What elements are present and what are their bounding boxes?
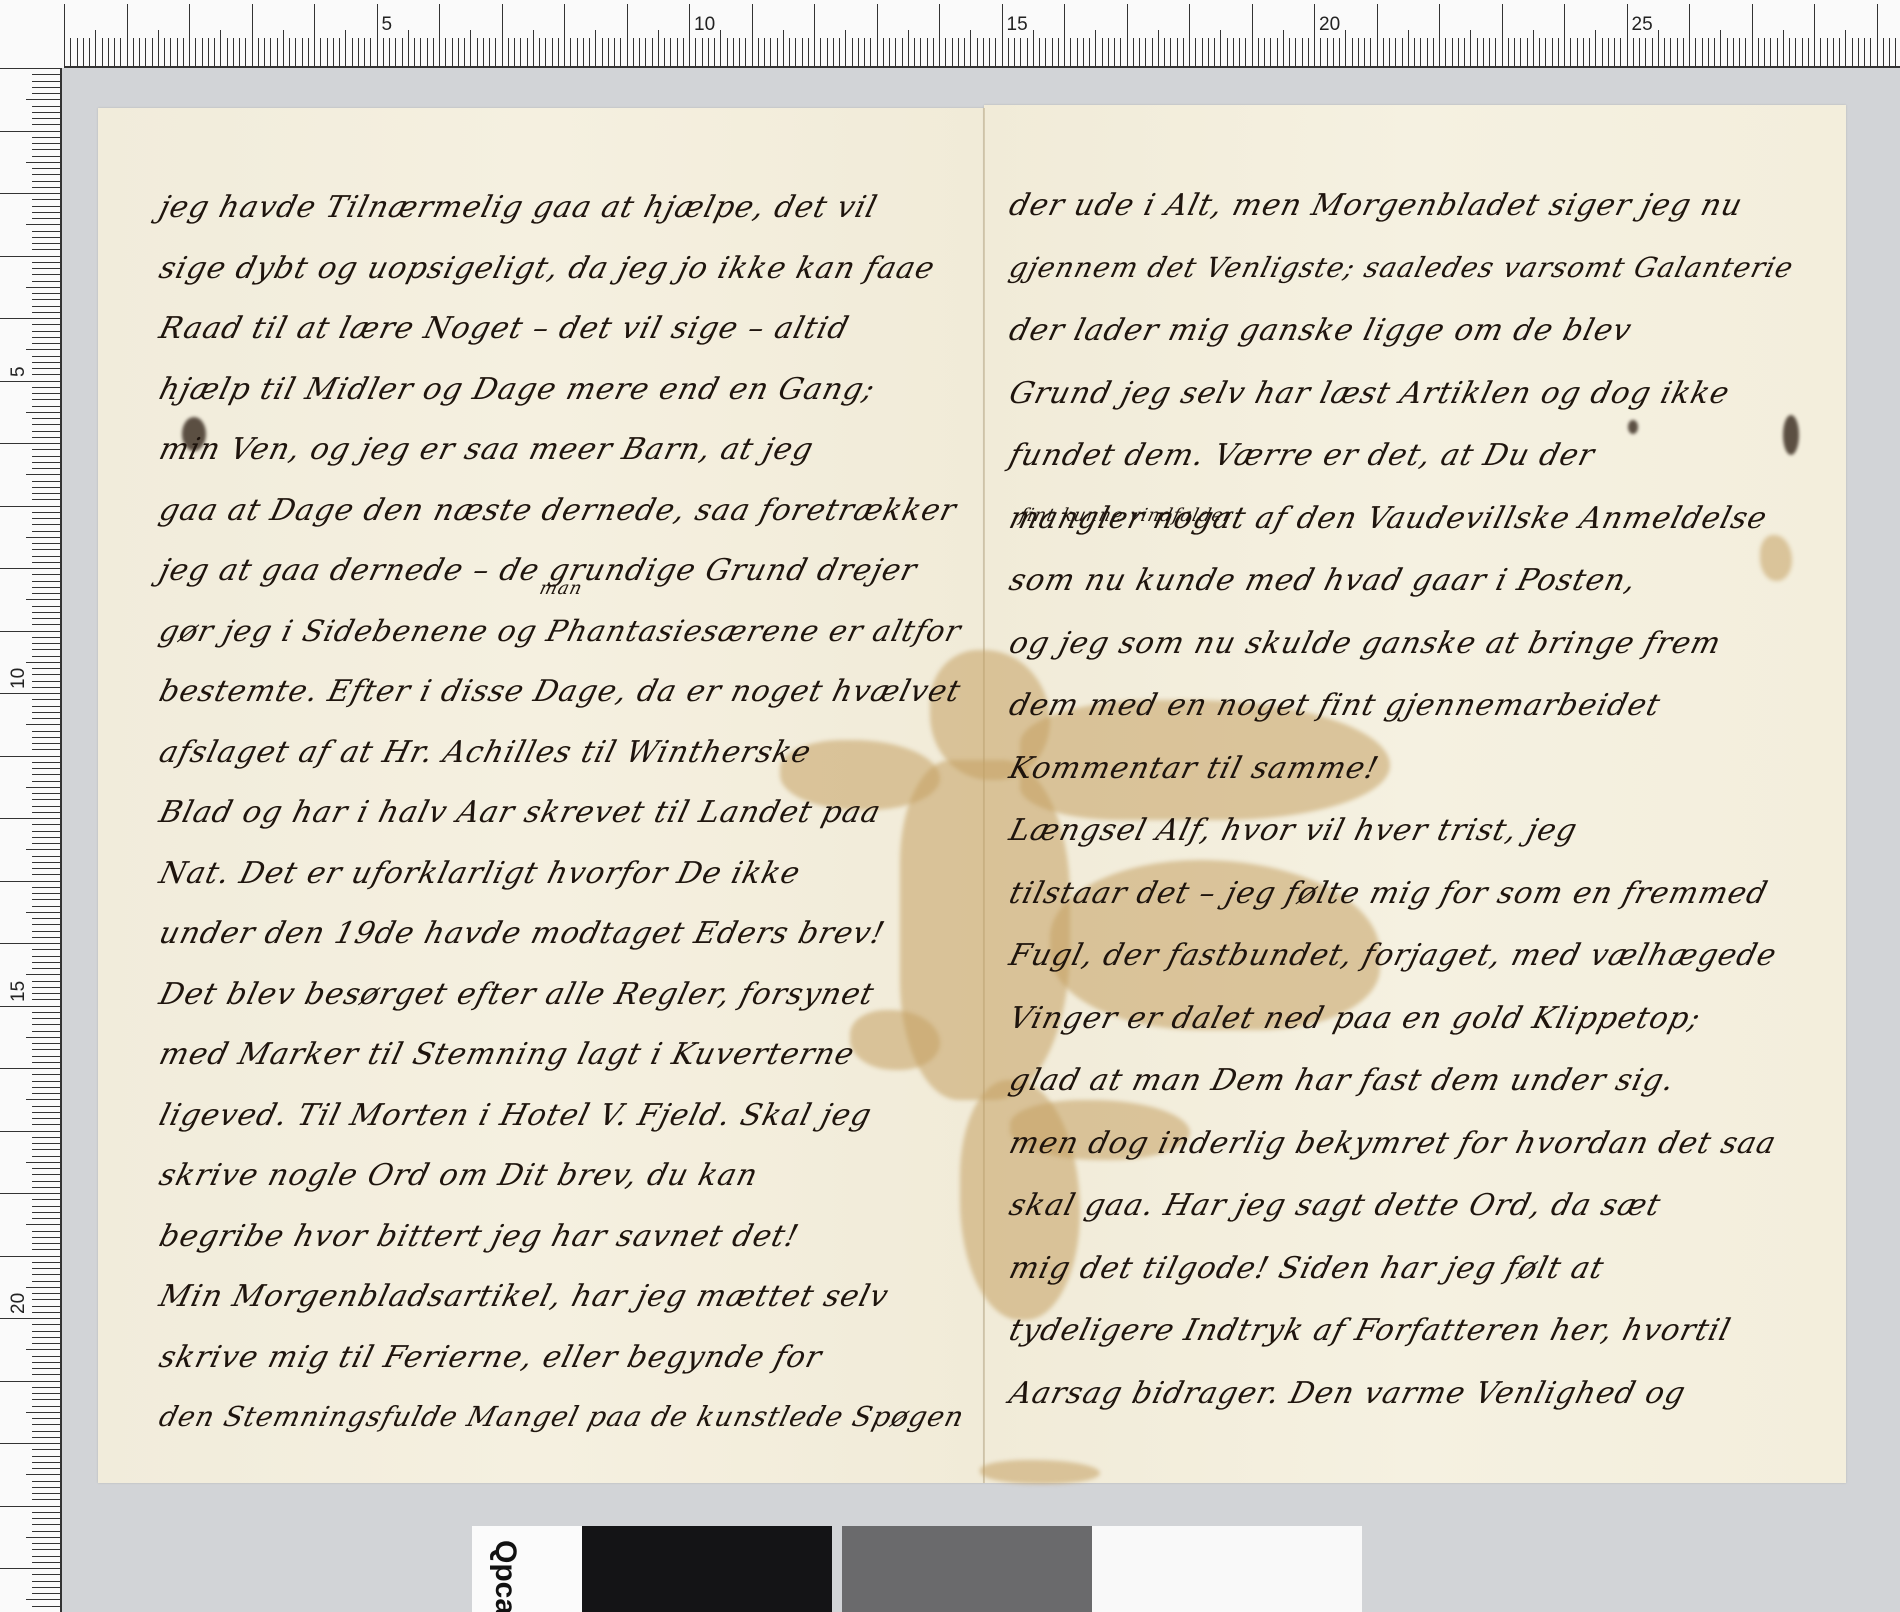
- ruler-tick: [1333, 38, 1334, 66]
- ruler-tick: [0, 193, 62, 194]
- ruler-tick: [927, 38, 928, 66]
- ruler-tick: [1689, 4, 1690, 66]
- ruler-tick: [508, 38, 509, 66]
- ruler-tick: [32, 1456, 62, 1457]
- ruler-tick: [602, 38, 603, 66]
- ruler-label: 25: [1632, 14, 1653, 36]
- ruler-tick: [32, 1556, 62, 1557]
- ruler-tick: [1858, 38, 1859, 66]
- ruler-tick: [32, 1562, 62, 1563]
- ruler-tick: [1783, 30, 1784, 66]
- ruler-tick: [795, 38, 796, 66]
- ruler-tick: [32, 1512, 62, 1513]
- ruler-tick: [1127, 4, 1128, 66]
- ruler-tick: [32, 999, 62, 1000]
- ruler-tick: [539, 38, 540, 66]
- ruler-tick: [1708, 38, 1709, 66]
- ruler-tick: [1264, 38, 1265, 66]
- handwritten-line: Længsel Alf, hvor vil hver trist, jeg: [1006, 813, 1582, 848]
- ruler-tick: [26, 599, 62, 600]
- ruler-tick: [108, 38, 109, 66]
- ruler-tick: [1402, 38, 1403, 66]
- ruler-tick: [32, 1493, 62, 1494]
- ruler-tick: [32, 649, 62, 650]
- ruler-tick: [1627, 4, 1628, 66]
- calibration-brand: Qpca: [488, 1540, 522, 1612]
- ruler-tick: [170, 38, 171, 66]
- ruler-tick: [32, 749, 62, 750]
- ruler-tick: [32, 743, 62, 744]
- ruler-tick: [658, 30, 659, 66]
- ruler-tick: [1302, 38, 1303, 66]
- ruler-tick: [902, 38, 903, 66]
- ruler-tick: [32, 74, 62, 75]
- ruler-tick: [570, 38, 571, 66]
- ruler-tick: [139, 38, 140, 66]
- ruler-tick: [26, 1599, 62, 1600]
- ruler-tick: [26, 1537, 62, 1538]
- ruler-tick: [32, 499, 62, 500]
- ruler-tick: [833, 38, 834, 66]
- ruler-tick: [0, 1318, 62, 1319]
- ruler-tick: [32, 1468, 62, 1469]
- ruler-tick: [32, 424, 62, 425]
- ruler-tick: [26, 1224, 62, 1225]
- handwritten-line: mig det tilgode! Siden har jeg følt at: [1006, 1251, 1608, 1286]
- ruler-tick: [32, 1212, 62, 1213]
- ruler-tick: [1108, 38, 1109, 66]
- ruler-label: 20: [1319, 14, 1340, 36]
- ruler-tick: [408, 30, 409, 66]
- handwritten-line: skrive mig til Ferierne, eller begynde f…: [156, 1340, 826, 1375]
- handwritten-line: glad at man Dem har fast dem under sig.: [1006, 1063, 1679, 1098]
- ruler-tick: [1595, 30, 1596, 66]
- ruler-tick: [683, 38, 684, 66]
- ruler-tick: [564, 4, 565, 66]
- ruler-tick: [1583, 38, 1584, 66]
- ruler-tick: [32, 399, 62, 400]
- ruler-tick: [32, 624, 62, 625]
- ruler-tick: [1833, 38, 1834, 66]
- ruler-tick: [420, 38, 421, 66]
- ruler-tick: [32, 106, 62, 107]
- ruler-tick: [32, 118, 62, 119]
- ruler-tick: [527, 38, 528, 66]
- ruler-tick: [32, 1387, 62, 1388]
- ruler-tick: [752, 4, 753, 66]
- ruler-tick: [26, 912, 62, 913]
- ruler-tick: [32, 143, 62, 144]
- ruler-tick: [32, 1524, 62, 1525]
- ruler-tick: [32, 137, 62, 138]
- handwritten-line: skal gaa. Har jeg sagt dette Ord, da sæt: [1006, 1188, 1665, 1223]
- ruler-tick: [32, 1399, 62, 1400]
- ruler-tick: [32, 1587, 62, 1588]
- ruler-tick: [26, 1474, 62, 1475]
- ruler-tick: [32, 218, 62, 219]
- ruler-tick: [32, 487, 62, 488]
- ruler-label: 20: [8, 1293, 30, 1314]
- ruler-tick: [1564, 4, 1565, 66]
- ruler-tick: [26, 1099, 62, 1100]
- ruler-tick: [789, 38, 790, 66]
- ruler-tick: [177, 38, 178, 66]
- ruler-tick: [295, 38, 296, 66]
- handwritten-line: bestemte. Efter i disse Dage, da er noge…: [156, 674, 965, 709]
- ruler-tick: [1189, 4, 1190, 66]
- ruler-tick: [958, 38, 959, 66]
- ruler-tick: [32, 531, 62, 532]
- ruler-tick: [32, 124, 62, 125]
- ruler-tick: [1245, 38, 1246, 66]
- ruler-tick: [1720, 30, 1721, 66]
- ruler-label: 15: [8, 980, 30, 1001]
- ruler-tick: [1033, 30, 1034, 66]
- ruler-tick: [1020, 38, 1021, 66]
- ruler-tick: [552, 38, 553, 66]
- ruler-tick: [758, 38, 759, 66]
- ruler-tick: [1220, 30, 1221, 66]
- ruler-tick: [32, 112, 62, 113]
- ruler-tick: [32, 518, 62, 519]
- ruler-tick: [189, 4, 190, 66]
- ruler-tick: [32, 362, 62, 363]
- ruler-tick: [1664, 38, 1665, 66]
- ruler-tick: [202, 38, 203, 66]
- ruler-tick: [739, 38, 740, 66]
- handwritten-line: min Ven, og jeg er saa meer Barn, at jeg: [156, 432, 818, 467]
- ruler-tick: [839, 38, 840, 66]
- ruler-tick: [1777, 38, 1778, 66]
- ruler-tick: [289, 38, 290, 66]
- handwritten-line: Min Morgenbladsartikel, har jeg mættet s…: [156, 1279, 893, 1314]
- ruler-tick: [964, 38, 965, 66]
- ruler-tick: [32, 1331, 62, 1332]
- ruler-tick: [32, 906, 62, 907]
- ruler-tick: [883, 38, 884, 66]
- ruler-tick: [1533, 30, 1534, 66]
- ruler-tick: [32, 1081, 62, 1082]
- handwritten-line: sige dybt og uopsigeligt, da jeg jo ikke…: [156, 251, 939, 286]
- ruler-tick: [26, 1037, 62, 1038]
- black-patch: [582, 1526, 832, 1612]
- ruler-tick: [0, 881, 62, 882]
- ruler-tick: [1433, 38, 1434, 66]
- ruler-tick: [32, 331, 62, 332]
- ruler-tick: [70, 38, 71, 66]
- ruler-tick: [32, 237, 62, 238]
- ruler-tick: [32, 418, 62, 419]
- ruler-tick: [32, 1243, 62, 1244]
- ruler-tick: [1327, 38, 1328, 66]
- white-patch: [1092, 1526, 1362, 1612]
- handwritten-line: Fugl, der fastbundet, forjaget, med vælh…: [1006, 938, 1781, 973]
- ruler-tick: [595, 30, 596, 66]
- handwritten-line: Aarsag bidrager. Den varme Venlighed og: [1006, 1376, 1690, 1411]
- ruler-tick: [1077, 38, 1078, 66]
- ruler-tick: [32, 1574, 62, 1575]
- handwritten-line: fundet dem. Værre er det, at Du der: [1006, 438, 1599, 473]
- handwritten-line: ligeved. Til Morten i Hotel V. Fjeld. Sk…: [156, 1098, 876, 1133]
- ruler-tick: [1495, 38, 1496, 66]
- ruler-tick: [26, 412, 62, 413]
- ruler-tick: [389, 38, 390, 66]
- ruler-tick: [32, 643, 62, 644]
- ruler-tick: [32, 1031, 62, 1032]
- ruler-tick: [395, 38, 396, 66]
- ruler-tick: [952, 38, 953, 66]
- ruler-tick: [433, 38, 434, 66]
- ruler-tick: [1864, 38, 1865, 66]
- ruler-tick: [614, 38, 615, 66]
- ruler-tick: [32, 174, 62, 175]
- ruler-tick: [32, 1324, 62, 1325]
- ruler-tick: [32, 149, 62, 150]
- ruler-tick: [520, 38, 521, 66]
- ruler-tick: [0, 1506, 62, 1507]
- ruler-tick: [32, 1187, 62, 1188]
- ruler-tick: [77, 38, 78, 66]
- ruler-tick: [977, 38, 978, 66]
- ruler-tick: [1070, 38, 1071, 66]
- ruler-tick: [708, 38, 709, 66]
- ruler-tick: [32, 656, 62, 657]
- ruler-tick: [32, 868, 62, 869]
- ruler-tick: [32, 543, 62, 544]
- ruler-tick: [0, 256, 62, 257]
- ruler-tick: [458, 38, 459, 66]
- ruler-tick: [1314, 4, 1315, 66]
- ruler-tick: [32, 181, 62, 182]
- ruler-tick: [32, 937, 62, 938]
- ruler-tick: [689, 4, 690, 66]
- ruler-tick: [727, 38, 728, 66]
- ruler-tick: [908, 30, 909, 66]
- ruler-tick: [895, 38, 896, 66]
- ruler-tick: [32, 824, 62, 825]
- ruler-tick: [32, 1481, 62, 1482]
- ruler-tick: [32, 993, 62, 994]
- ruler-tick: [26, 1162, 62, 1163]
- ruler-tick: [32, 799, 62, 800]
- handwritten-line: der lader mig ganske ligge om de blev: [1006, 313, 1636, 348]
- ruler-tick: [120, 38, 121, 66]
- ruler-tick: [845, 30, 846, 66]
- ruler-tick: [1739, 38, 1740, 66]
- ruler-tick: [26, 724, 62, 725]
- ruler-tick: [32, 374, 62, 375]
- handwritten-line: Kommentar til samme!: [1006, 751, 1383, 786]
- ruler-tick: [1727, 38, 1728, 66]
- ruler-tick: [1083, 38, 1084, 66]
- handwritten-line: begribe hvor bittert jeg har savnet det!: [156, 1219, 803, 1254]
- ruler-tick: [32, 612, 62, 613]
- ruler-tick: [26, 224, 62, 225]
- ruler-tick: [502, 4, 503, 66]
- ruler-tick: [358, 38, 359, 66]
- ruler-tick: [32, 837, 62, 838]
- ruler-tick: [1470, 30, 1471, 66]
- calibration-scale: Qpca: [472, 1526, 582, 1612]
- ruler-tick: [32, 1181, 62, 1182]
- ruler-tick: [32, 949, 62, 950]
- ruler-tick: [1383, 38, 1384, 66]
- ruler-tick: [32, 574, 62, 575]
- ruler-tick: [264, 38, 265, 66]
- ruler-tick: [627, 4, 628, 66]
- ruler-tick: [32, 562, 62, 563]
- ruler-tick: [32, 806, 62, 807]
- ruler-tick: [1202, 38, 1203, 66]
- ruler-tick: [32, 212, 62, 213]
- ruler-tick: [83, 38, 84, 66]
- ruler-tick: [1477, 38, 1478, 66]
- ruler-tick: [0, 68, 62, 69]
- ruler-tick: [32, 706, 62, 707]
- ruler-tick: [983, 38, 984, 66]
- ruler-tick: [1602, 38, 1603, 66]
- ruler-tick: [1458, 38, 1459, 66]
- handwritten-line: gør jeg i Sidebenene og Phantasiesærene …: [156, 614, 965, 648]
- ruler-tick: [1483, 38, 1484, 66]
- ruler-tick: [427, 38, 428, 66]
- ruler-tick: [1427, 38, 1428, 66]
- ruler-tick: [314, 4, 315, 66]
- ruler-tick: [26, 1287, 62, 1288]
- ruler-tick: [252, 4, 253, 66]
- ruler-tick: [32, 1581, 62, 1582]
- ruler-tick: [32, 356, 62, 357]
- ruler-tick: [1177, 38, 1178, 66]
- ruler-tick: [32, 831, 62, 832]
- ruler-tick: [0, 1568, 62, 1569]
- ruler-tick: [32, 299, 62, 300]
- ruler-tick: [1714, 38, 1715, 66]
- ruler-tick: [0, 693, 62, 694]
- ruler-tick: [32, 281, 62, 282]
- handwritten-line: Vinger er dalet ned paa en gold Klippeto…: [1006, 1001, 1705, 1036]
- ruler-tick: [208, 38, 209, 66]
- ruler-tick: [32, 674, 62, 675]
- ruler-tick: [1277, 38, 1278, 66]
- ruler-tick: [32, 1543, 62, 1544]
- color-calibration-strip: Qpca: [472, 1526, 1362, 1612]
- ruler-tick: [102, 38, 103, 66]
- ruler-tick: [1845, 30, 1846, 66]
- ruler-tick: [1364, 38, 1365, 66]
- ruler-tick: [32, 1418, 62, 1419]
- ruler-tick: [32, 1262, 62, 1263]
- ruler-tick: [639, 38, 640, 66]
- ruler-tick: [32, 681, 62, 682]
- ruler-tick: [32, 1549, 62, 1550]
- ruler-tick: [1439, 4, 1440, 66]
- ruler-tick: [1520, 38, 1521, 66]
- ruler-tick: [32, 981, 62, 982]
- ruler-tick: [745, 38, 746, 66]
- ruler-tick: [32, 1406, 62, 1407]
- handwritten-line: afslaget af at Hr. Achilles til Winthers…: [156, 735, 815, 770]
- ruler-tick: [32, 1156, 62, 1157]
- ruler-tick: [32, 1137, 62, 1138]
- ruler-tick: [1352, 38, 1353, 66]
- ruler-tick: [377, 4, 378, 66]
- ruler-tick: [345, 30, 346, 66]
- ruler-tick: [1345, 30, 1346, 66]
- ruler-tick: [677, 38, 678, 66]
- ruler-tick: [1152, 38, 1153, 66]
- ruler-tick: [32, 1112, 62, 1113]
- handwritten-line: Nat. Det er uforklarligt hvorfor De ikke: [156, 856, 805, 891]
- ruler-tick: [64, 4, 65, 66]
- ruler-tick: [1589, 38, 1590, 66]
- ruler-tick: [770, 38, 771, 66]
- handwritten-line: Blad og har i halv Aar skrevet til Lande…: [156, 795, 885, 830]
- ruler-tick: [383, 38, 384, 66]
- ruler-tick: [714, 38, 715, 66]
- ruler-tick: [32, 1293, 62, 1294]
- ruler-tick: [32, 1199, 62, 1200]
- water-stain: [980, 1460, 1100, 1484]
- ruler-tick: [1839, 38, 1840, 66]
- ruler-tick: [32, 293, 62, 294]
- ruler-tick: [32, 249, 62, 250]
- handwritten-line: jeg at gaa dernede – de grundige Grund d…: [156, 553, 921, 588]
- ruler-tick: [32, 556, 62, 557]
- handwritten-line: tilstaar det – jeg følte mig for som en …: [1006, 876, 1772, 911]
- ruler-tick: [220, 30, 221, 66]
- ruler-tick: [464, 38, 465, 66]
- ruler-tick: [95, 30, 96, 66]
- ruler-tick: [32, 793, 62, 794]
- ruler-tick: [1320, 38, 1321, 66]
- handwritten-line: under den 19de havde modtaget Eders brev…: [156, 916, 889, 951]
- ruler-tick: [333, 38, 334, 66]
- ruler-tick: [32, 1299, 62, 1300]
- ink-blot: [1628, 420, 1638, 434]
- ruler-tick: [32, 737, 62, 738]
- ruler-tick: [32, 1268, 62, 1269]
- ruler-tick: [32, 687, 62, 688]
- ruler-tick: [26, 99, 62, 100]
- ruler-label: 5: [382, 14, 393, 36]
- ruler-tick: [439, 4, 440, 66]
- ruler-tick: [1102, 38, 1103, 66]
- ruler-tick: [995, 38, 996, 66]
- ruler-tick: [32, 93, 62, 94]
- ruler-tick: [1370, 38, 1371, 66]
- ruler-tick: [1008, 38, 1009, 66]
- ruler-label: 10: [8, 668, 30, 689]
- ruler-tick: [1814, 4, 1815, 66]
- ruler-tick: [26, 287, 62, 288]
- ruler-tick: [0, 818, 62, 819]
- ruler-tick: [158, 30, 159, 66]
- ruler-tick: [1358, 38, 1359, 66]
- handwritten-line: og jeg som nu skulde ganske at bringe fr…: [1006, 626, 1725, 661]
- ruler-tick: [32, 924, 62, 925]
- left-ruler: 5101520: [0, 68, 62, 1612]
- ruler-tick: [1014, 38, 1015, 66]
- handwritten-line: gaa at Dage den næste dernede, saa foret…: [156, 493, 961, 528]
- ruler-tick: [1502, 4, 1503, 66]
- ruler-tick: [32, 712, 62, 713]
- ruler-tick: [1389, 38, 1390, 66]
- ruler-tick: [1577, 38, 1578, 66]
- ruler-tick: [32, 231, 62, 232]
- handwritten-line: med Marker til Stemning lagt i Kuvertern…: [156, 1037, 859, 1072]
- ruler-tick: [32, 843, 62, 844]
